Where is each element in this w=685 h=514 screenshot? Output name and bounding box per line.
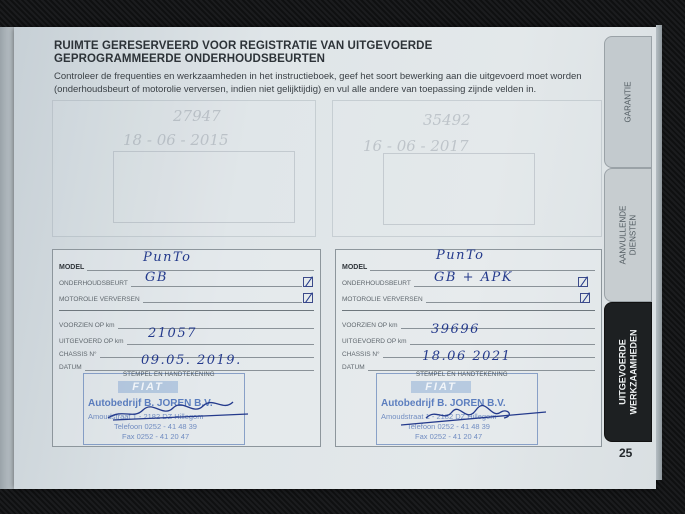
stamp-fax: Fax 0252 - 41 20 47 xyxy=(122,432,189,441)
performed-km-value[interactable]: 21057 xyxy=(148,326,197,341)
stamp-label: STEMPEL EN HANDTEKENING xyxy=(416,372,508,378)
service-value[interactable]: GB + APK xyxy=(434,270,513,285)
tab-label-line-1: AANVULLENDE xyxy=(618,206,628,265)
date-value[interactable]: 18.06 2021 xyxy=(422,349,511,364)
fiat-logo: FIAT xyxy=(411,381,471,393)
tab-aanvullende-diensten[interactable]: AANVULLENDEDIENSTEN xyxy=(604,168,652,302)
tab-garantie[interactable]: GARANTIE xyxy=(604,36,652,168)
bleed-through-stamp-right xyxy=(383,153,535,225)
oil-change-row: MOTOROLIE VERVERSEN xyxy=(59,290,302,304)
heading-line-1: RUIMTE GERESERVEERD VOOR REGISTRATIE VAN… xyxy=(54,40,432,52)
service-label: ONDERHOUDSBEURT xyxy=(342,280,414,288)
stamp-phone: Telefoon 0252 - 41 48 39 xyxy=(114,422,197,431)
heading-line-2: GEPROGRAMMEERDE ONDERHOUDSBEURTEN xyxy=(54,53,325,65)
model-value[interactable]: PunTo xyxy=(436,248,484,263)
stamp-signature-area: FIAT Autobedrijf B. JOREN B.V. Amoudstra… xyxy=(83,372,263,444)
bleed-through-date-left: 18 - 06 - 2015 xyxy=(123,131,229,149)
model-label: MODEL xyxy=(59,264,87,272)
service-record-1: MODEL PunTo ONDERHOUDSBEURT GB MOTOROLIE… xyxy=(52,249,321,447)
oil-change-label: MOTOROLIE VERVERSEN xyxy=(59,296,143,304)
service-checkbox[interactable] xyxy=(578,277,588,287)
model-value[interactable]: PunTo xyxy=(143,250,191,265)
oil-change-row: MOTOROLIE VERVERSEN xyxy=(342,290,583,304)
service-value[interactable]: GB xyxy=(145,270,168,285)
stamp-label: STEMPEL EN HANDTEKENING xyxy=(123,372,215,378)
stamp-fax: Fax 0252 - 41 20 47 xyxy=(415,432,482,441)
tab-aanvullende-diensten-label: AANVULLENDEDIENSTEN xyxy=(618,206,638,265)
date-label: DATUM xyxy=(59,364,85,372)
tab-label-line-2: DIENSTEN xyxy=(628,206,638,265)
oil-change-label: MOTOROLIE VERVERSEN xyxy=(342,296,426,304)
section-divider xyxy=(59,310,314,311)
tab-label-line-1: UITGEVOERDE xyxy=(617,330,628,415)
bleed-through-form-left: 27947 18 - 06 - 2015 xyxy=(52,100,316,237)
tab-uitgevoerde-werkzaamheden-label: UITGEVOERDEWERKZAAMHEDEN xyxy=(617,330,639,415)
date-label: DATUM xyxy=(342,364,368,372)
performed-km-value[interactable]: 39696 xyxy=(431,322,480,337)
planned-km-label: VOORZIEN OP km xyxy=(342,322,401,330)
stamp-signature-area: FIAT Autobedrijf B. JOREN B.V. Amoudstra… xyxy=(376,372,556,444)
service-record-2: MODEL PunTo ONDERHOUDSBEURT GB + APK MOT… xyxy=(335,249,602,447)
planned-km-label: VOORZIEN OP km xyxy=(59,322,118,330)
tab-uitgevoerde-werkzaamheden[interactable]: UITGEVOERDEWERKZAAMHEDEN xyxy=(604,302,652,442)
model-label: MODEL xyxy=(342,264,370,272)
date-value[interactable]: 09.05. 2019. xyxy=(141,353,242,368)
tab-label-line-2: WERKZAAMHEDEN xyxy=(628,330,639,415)
tab-garantie-label: GARANTIE xyxy=(623,82,633,123)
oil-change-checkbox[interactable] xyxy=(303,293,313,303)
oil-change-checkbox[interactable] xyxy=(580,293,590,303)
bleed-through-km-right: 35492 xyxy=(423,111,471,129)
service-label: ONDERHOUDSBEURT xyxy=(59,280,131,288)
signature-2 xyxy=(396,402,546,426)
fiat-logo: FIAT xyxy=(118,381,178,393)
book-left-page-edge xyxy=(0,27,14,489)
bleed-through-km-left: 27947 xyxy=(173,107,221,125)
service-row: ONDERHOUDSBEURT xyxy=(59,274,302,288)
book-page-stack-edge xyxy=(656,25,662,480)
section-divider xyxy=(342,310,595,311)
page-number: 25 xyxy=(619,446,632,460)
bleed-through-stamp-left xyxy=(113,151,295,223)
bleed-through-form-right: 35492 16 - 06 - 2017 xyxy=(332,100,602,237)
signature-1 xyxy=(103,398,253,422)
service-checkbox[interactable] xyxy=(303,277,313,287)
instructions-text: Controleer de frequenties en werkzaamhed… xyxy=(54,71,594,96)
page-heading: RUIMTE GERESERVEERD VOOR REGISTRATIE VAN… xyxy=(54,40,432,66)
